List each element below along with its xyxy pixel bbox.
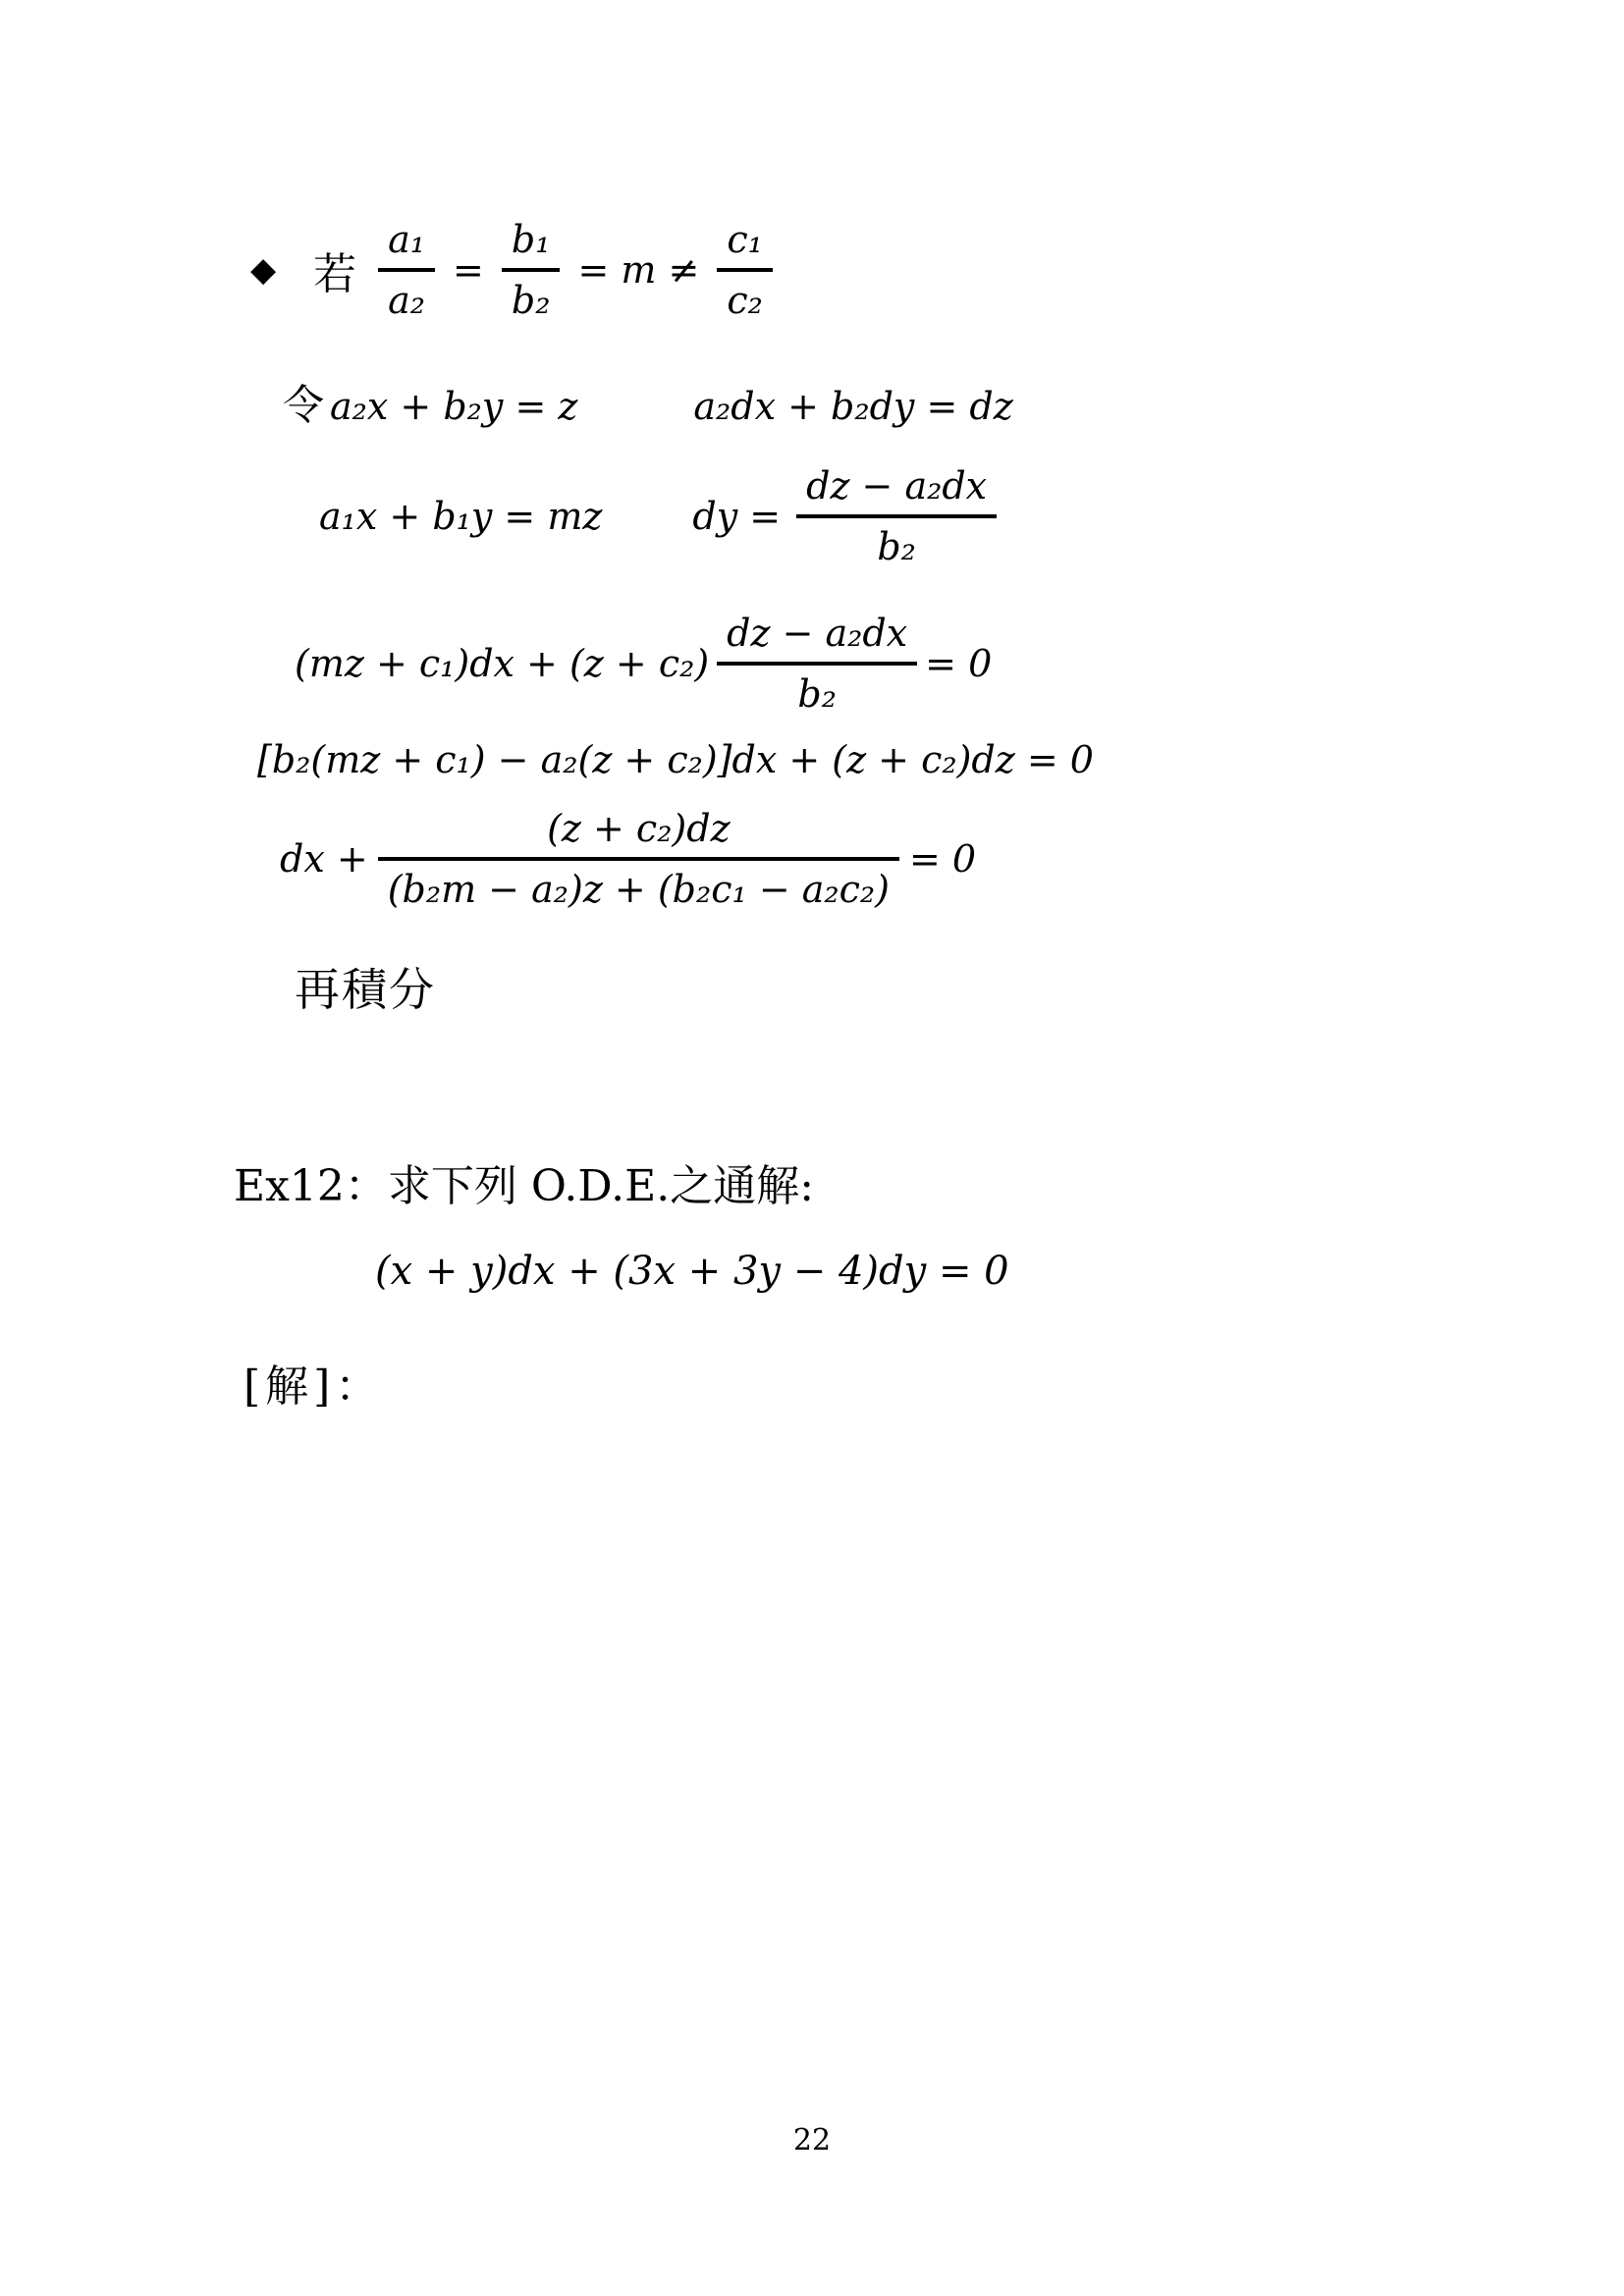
equation-line-substitution: 令 a₂x + b₂y = z a₂dx + b₂dy = dz: [283, 373, 1013, 432]
fraction-dy: dz − a₂dx b₂: [796, 464, 997, 568]
dy-equals: dy =: [692, 495, 781, 538]
denominator: b₂: [502, 272, 561, 322]
document-page: ◆ 若 a₁ a₂ = b₁ b₂ = m ≠ c₁ c₂ 令 a₂x + b₂…: [0, 0, 1624, 2296]
denominator: a₂: [378, 272, 435, 322]
fraction-separated: (z + c₂)dz (b₂m − a₂)z + (b₂c₁ − a₂c₂): [378, 807, 899, 911]
denominator: (b₂m − a₂)z + (b₂c₁ − a₂c₂): [378, 861, 899, 911]
numerator: c₁: [717, 218, 773, 268]
diamond-bullet-icon: ◆: [250, 253, 276, 287]
numerator: dz − a₂dx: [796, 464, 997, 514]
integrate-note: 再積分: [295, 954, 436, 1019]
page-number: 22: [0, 2123, 1624, 2158]
example-equation: (x + y)dx + (3x + 3y − 4)dy = 0: [375, 1249, 1009, 1294]
fraction-a: a₁ a₂: [378, 218, 435, 322]
fraction-b: b₁ b₂: [502, 218, 561, 322]
numerator: (z + c₂)dz: [537, 807, 740, 857]
if-label: 若: [313, 239, 356, 301]
equals-sign: =: [453, 248, 484, 292]
let-label: 令: [283, 373, 324, 432]
fraction-c: c₁ c₂: [717, 218, 773, 322]
denominator: c₂: [717, 272, 773, 322]
equals-zero: = 0: [909, 837, 976, 881]
combined-left: (mz + c₁)dx + (z + c₂): [295, 642, 709, 685]
numerator: dz − a₂dx: [717, 612, 917, 662]
numerator: a₁: [378, 218, 435, 268]
substitution-equation: a₂x + b₂y = z: [330, 385, 577, 428]
equation-line-ratio-condition: ◆ 若 a₁ a₂ = b₁ b₂ = m ≠ c₁ c₂: [250, 196, 785, 344]
differential-equation: a₂dx + b₂dy = dz: [693, 385, 1012, 428]
equation-line-dy: a₁x + b₁y = mz dy = dz − a₂dx b₂: [319, 454, 1008, 579]
fraction-combined: dz − a₂dx b₂: [717, 612, 917, 716]
denominator: b₂: [867, 518, 926, 568]
equals-zero: = 0: [925, 642, 992, 685]
equals-m-neq: = m ≠: [577, 248, 699, 292]
mz-equation: a₁x + b₁y = mz: [319, 495, 602, 538]
numerator: b₁: [502, 218, 561, 268]
denominator: b₂: [787, 666, 846, 716]
equation-line-separated: dx + (z + c₂)dz (b₂m − a₂)z + (b₂c₁ − a₂…: [280, 800, 976, 918]
equation-line-expanded: [b₂(mz + c₁) − a₂(z + c₂)]dx + (z + c₂)d…: [257, 738, 1094, 781]
solution-label: [解]：: [244, 1351, 383, 1414]
dx-plus: dx +: [280, 837, 368, 881]
example-title: Ex12：求下列 O.D.E.之通解:: [234, 1150, 814, 1213]
equation-line-combined: (mz + c₁)dx + (z + c₂) dz − a₂dx b₂ = 0: [295, 601, 992, 726]
